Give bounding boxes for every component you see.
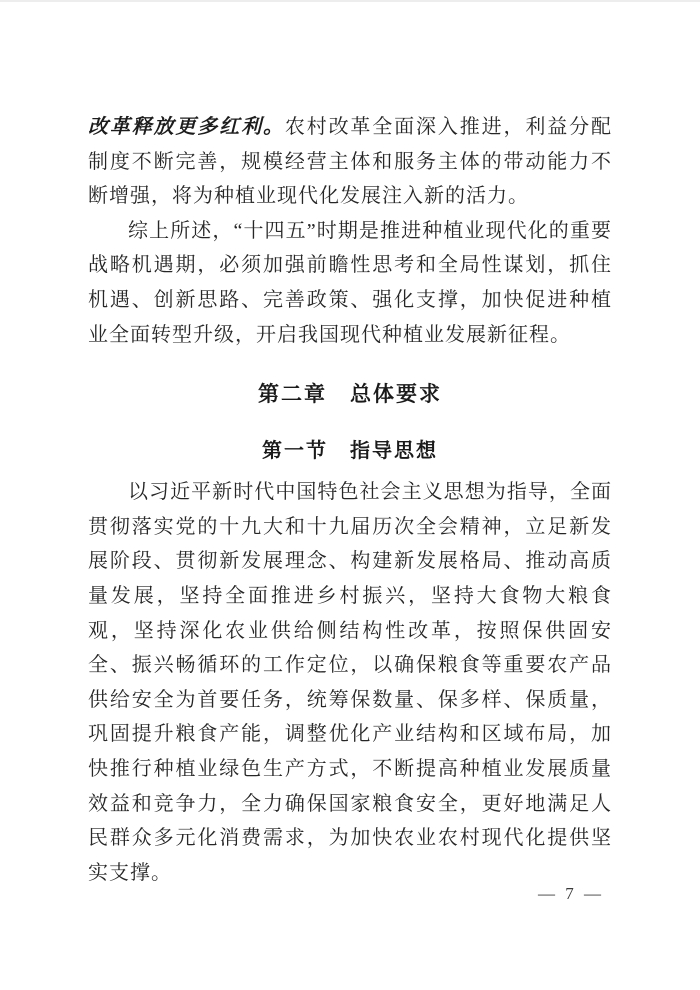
paragraph-summary: 综上所述，“十四五”时期是推进种植业现代化的重要战略机遇期，必须加强前瞻性思考和… [88,214,612,352]
chapter-heading: 第二章 总体要求 [88,380,612,410]
page-number: — 7 — [538,884,604,904]
paragraph-lead-in: 改革释放更多红利。 [88,116,285,138]
paragraph-guiding-ideology: 以习近平新时代中国特色社会主义思想为指导，全面贯彻落实党的十九大和十九届历次全会… [88,475,612,890]
section-heading: 第一节 指导思想 [88,436,612,466]
page-content: 改革释放更多红利。农村改革全面深入推进，利益分配制度不断完善，规模经营主体和服务… [88,110,612,890]
paragraph-reform-dividends: 改革释放更多红利。农村改革全面深入推进，利益分配制度不断完善，规模经营主体和服务… [88,110,612,214]
document-page: 改革释放更多红利。农村改革全面深入推进，利益分配制度不断完善，规模经营主体和服务… [0,0,700,990]
